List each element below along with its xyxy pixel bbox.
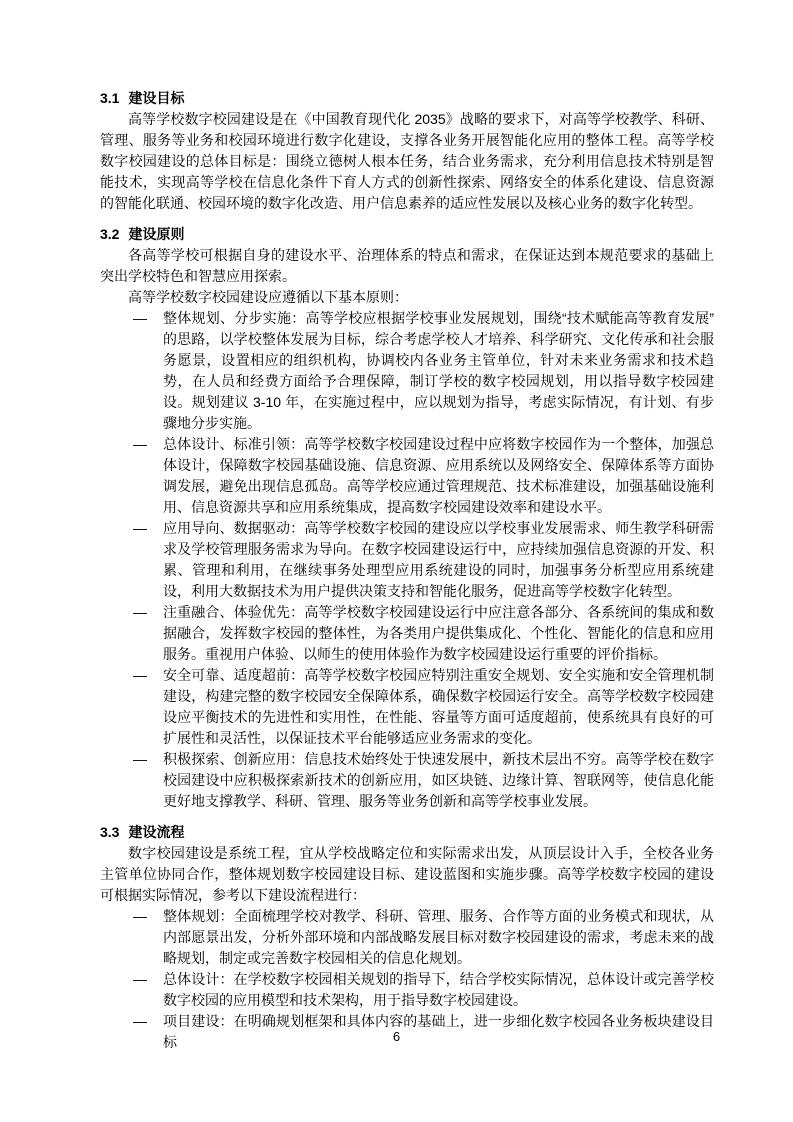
list-item: — 应用导向、数据驱动：高等学校数字校园的建设应以学校事业发展需求、师生教学科研… — [133, 518, 714, 602]
document-content: 3.1建设目标 高等学校数字校园建设是在《中国教育现代化 2035》战略的要求下… — [100, 88, 714, 1053]
section-3-2: 3.2建设原则 各高等学校可根据自身的建设水平、治理体系的特点和需求，在保证达到… — [100, 224, 714, 812]
list-item: — 总体设计、标准引领：高等学校数字校园建设过程中应将数字校园作为一个整体，加强… — [133, 434, 714, 518]
dash-marker: — — [133, 749, 163, 812]
list-item: — 整体规划、分步实施：高等学校应根据学校事业发展规划，围绕“技术赋能高等教育发… — [133, 308, 714, 434]
list-item-text: 总体设计、标准引领：高等学校数字校园建设过程中应将数字校园作为一个整体，加强总体… — [163, 434, 714, 518]
section-title: 建设原则 — [128, 226, 184, 242]
section-3-3-heading: 3.3建设流程 — [100, 822, 714, 843]
section-3-3: 3.3建设流程 数字校园建设是系统工程，宜从学校战略定位和实际需求出发，从顶层设… — [100, 822, 714, 1053]
paragraph: 高等学校数字校园建设是在《中国教育现代化 2035》战略的要求下，对高等学校教学… — [100, 109, 714, 214]
list-item-text: 积极探索、创新应用：信息技术始终处于快速发展中，新技术层出不穷。高等学校在数字校… — [163, 749, 714, 812]
dash-marker: — — [133, 665, 163, 749]
principles-list: — 整体规划、分步实施：高等学校应根据学校事业发展规划，围绕“技术赋能高等教育发… — [133, 308, 714, 812]
list-item-text: 总体设计：在学校数字校园相关规划的指导下，结合学校实际情况，总体设计或完善学校数… — [163, 969, 714, 1011]
section-3-2-heading: 3.2建设原则 — [100, 224, 714, 245]
document-page: 3.1建设目标 高等学校数字校园建设是在《中国教育现代化 2035》战略的要求下… — [0, 0, 793, 1122]
section-number: 3.3 — [100, 824, 119, 840]
paragraph: 高等学校数字校园建设应遵循以下基本原则： — [100, 287, 714, 308]
dash-marker: — — [133, 602, 163, 665]
section-title: 建设流程 — [128, 824, 184, 840]
section-number: 3.2 — [100, 226, 119, 242]
list-item-text: 整体规划、分步实施：高等学校应根据学校事业发展规划，围绕“技术赋能高等教育发展”… — [163, 308, 714, 434]
dash-marker: — — [133, 434, 163, 518]
list-item-text: 应用导向、数据驱动：高等学校数字校园的建设应以学校事业发展需求、师生教学科研需求… — [163, 518, 714, 602]
list-item: — 注重融合、体验优先：高等学校数字校园建设运行中应注意各部分、各系统间的集成和… — [133, 602, 714, 665]
dash-marker: — — [133, 518, 163, 602]
dash-marker: — — [133, 308, 163, 434]
paragraph: 数字校园建设是系统工程，宜从学校战略定位和实际需求出发，从顶层设计入手，全校各业… — [100, 843, 714, 906]
list-item-text: 整体规划：全面梳理学校对教学、科研、管理、服务、合作等方面的业务模式和现状，从内… — [163, 906, 714, 969]
list-item: — 积极探索、创新应用：信息技术始终处于快速发展中，新技术层出不穷。高等学校在数… — [133, 749, 714, 812]
section-title: 建设目标 — [128, 90, 184, 106]
paragraph: 各高等学校可根据自身的建设水平、治理体系的特点和需求，在保证达到本规范要求的基础… — [100, 245, 714, 287]
list-item: — 安全可靠、适度超前：高等学校数字校园应特别注重安全规划、安全实施和安全管理机… — [133, 665, 714, 749]
dash-marker: — — [133, 969, 163, 1011]
dash-marker: — — [133, 906, 163, 969]
section-3-1-heading: 3.1建设目标 — [100, 88, 714, 109]
list-item: — 总体设计：在学校数字校园相关规划的指导下，结合学校实际情况，总体设计或完善学… — [133, 969, 714, 1011]
page-number: 6 — [0, 1026, 793, 1047]
list-item: — 整体规划：全面梳理学校对教学、科研、管理、服务、合作等方面的业务模式和现状，… — [133, 906, 714, 969]
list-item-text: 注重融合、体验优先：高等学校数字校园建设运行中应注意各部分、各系统间的集成和数据… — [163, 602, 714, 665]
list-item-text: 安全可靠、适度超前：高等学校数字校园应特别注重安全规划、安全实施和安全管理机制建… — [163, 665, 714, 749]
section-number: 3.1 — [100, 90, 119, 106]
section-3-1: 3.1建设目标 高等学校数字校园建设是在《中国教育现代化 2035》战略的要求下… — [100, 88, 714, 214]
